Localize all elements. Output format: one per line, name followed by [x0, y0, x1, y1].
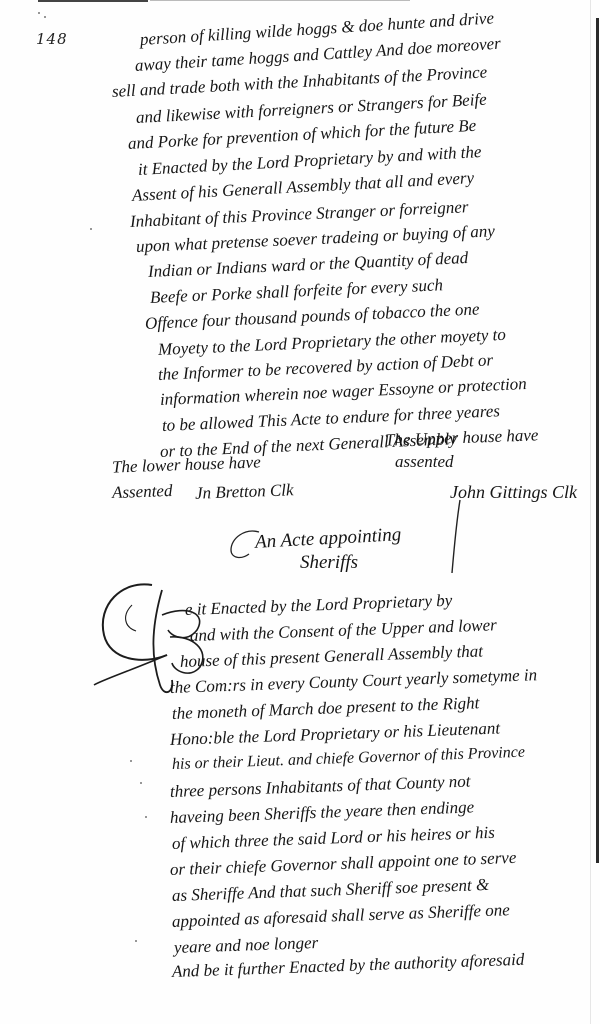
upper-house-line: The Upper house have	[385, 425, 539, 450]
scan-speck	[38, 12, 40, 14]
text-line: the moneth of March doe present to the R…	[172, 693, 480, 724]
manuscript-page: 148 person of killing wilde hoggs & doe …	[0, 0, 600, 1024]
text-line: as Sheriffe And that such Sheriff soe pr…	[172, 875, 490, 906]
text-line: three persons Inhabitants of that County…	[170, 772, 471, 802]
text-line: and with the Consent of the Upper and lo…	[190, 615, 497, 646]
act-title-line-2: Sheriffs	[300, 552, 358, 574]
act-title-line-1: An Acte appointing	[255, 524, 402, 554]
scan-speck	[90, 228, 92, 230]
lower-house-line: The lower house have	[112, 452, 261, 477]
lower-house-assented: Assented	[112, 481, 173, 503]
text-line: house of this present Generall Assembly …	[180, 641, 484, 672]
lower-house-clerk-signature: Jn Bretton Clk	[195, 480, 294, 503]
top-rule-faint	[150, 0, 410, 1]
signature-flourish	[440, 495, 480, 575]
page-number: 148	[36, 30, 68, 48]
upper-house-clerk-signature: John Gittings Clk	[450, 482, 577, 503]
text-line: e it Enacted by the Lord Proprietary by	[185, 591, 453, 620]
top-rule	[38, 0, 148, 2]
scan-speck	[140, 782, 142, 784]
right-page-border	[596, 18, 599, 863]
scan-speck	[145, 816, 147, 818]
text-line: of which three the said Lord or his heir…	[172, 823, 496, 854]
text-line: haveing been Sheriffs the yeare then end…	[170, 797, 475, 828]
scan-speck	[44, 16, 46, 18]
right-page-edge	[590, 0, 591, 1024]
scan-speck	[135, 940, 137, 942]
text-line: his or their Lieut. and chiefe Governor …	[172, 744, 526, 774]
text-line: yeare and noe longer	[174, 933, 319, 958]
text-line: appointed as aforesaid shall serve as Sh…	[172, 900, 510, 932]
scan-speck	[130, 760, 132, 762]
upper-house-assented: assented	[395, 452, 454, 472]
